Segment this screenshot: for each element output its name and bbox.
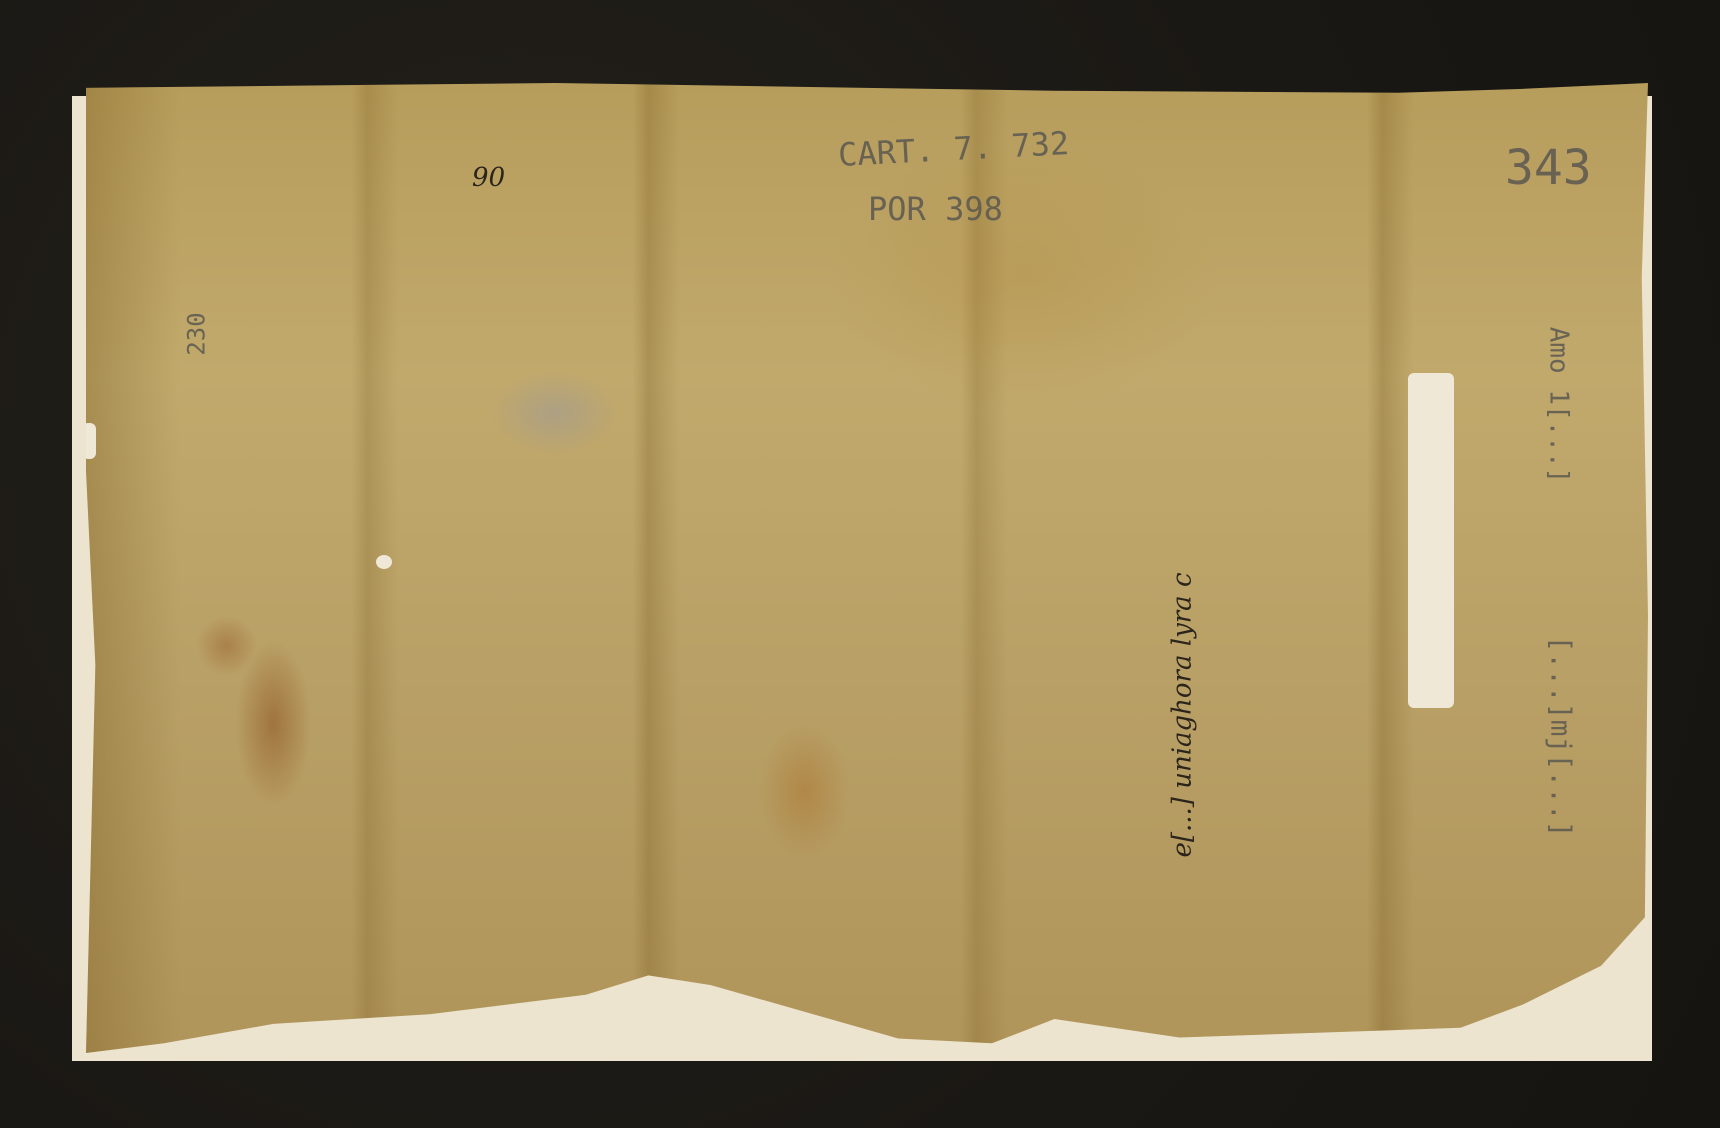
rotated-number: 230 (183, 312, 211, 355)
corner-number: 343 (1505, 140, 1592, 196)
right-edge-note-top: Amo 1[...] (1543, 327, 1573, 484)
parchment-sheet (86, 83, 1648, 1053)
upside-down-number: 06 (472, 160, 505, 190)
small-hole-left (376, 555, 392, 569)
vertical-ink-note: e[...] uniaghora lyra c (1168, 572, 1198, 857)
tear-hole-right (1408, 373, 1454, 708)
shelfmark-line2: POR 398 (868, 190, 1003, 228)
right-edge-note-bottom: [...]mj[...] (1545, 635, 1578, 837)
